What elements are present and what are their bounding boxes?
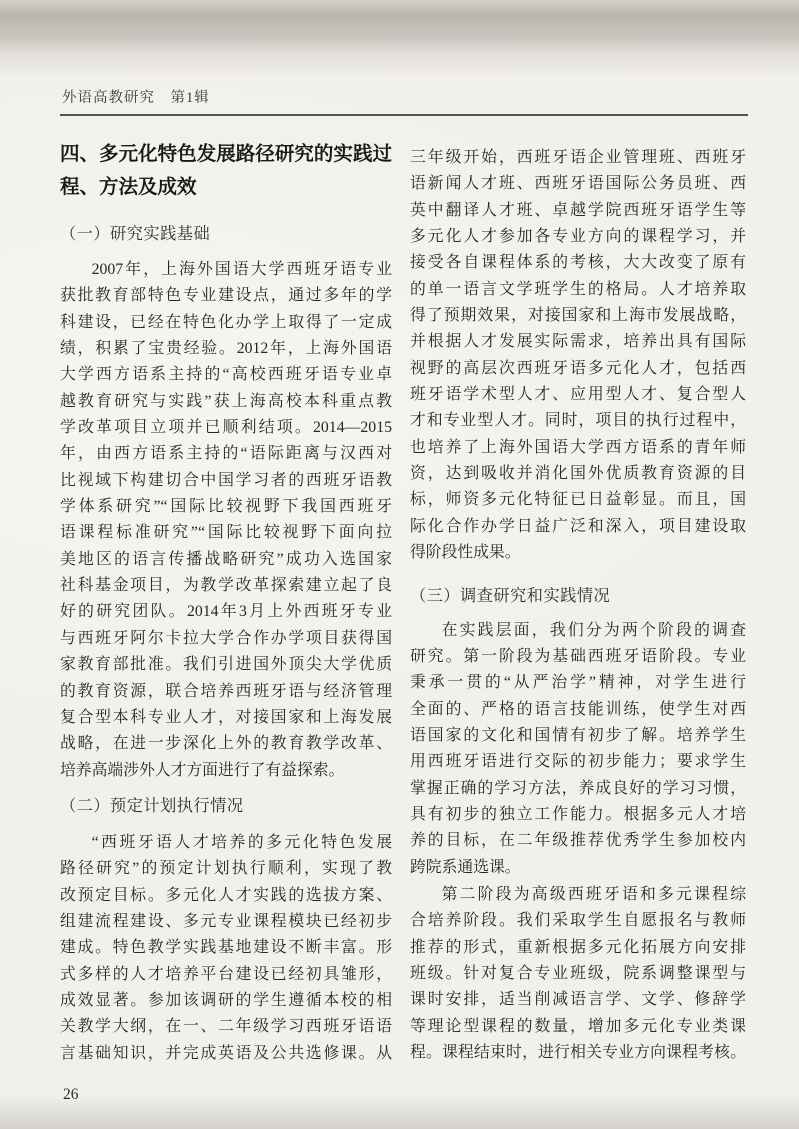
- text-line: 战略，在进一步深化上外的教育教学改革、: [60, 731, 392, 757]
- paragraph: “西班牙语人才培养的多元化特色发展路径研究”的预定计划执行顺利，实现了教改预定目…: [60, 830, 392, 1067]
- text-line: 接受各自课程体系的考核，大大改变了原有: [410, 250, 746, 276]
- text-line: 全面的、严格的语言技能训练，使学生对西: [410, 697, 746, 723]
- header-rule: [60, 114, 748, 116]
- text-line: 言基础知识，并完成英语及公共选修课。从: [60, 1041, 392, 1067]
- text-line: 资，达到吸收并消化国外优质教育资源的目: [410, 461, 746, 487]
- text-line: 复合型本科专业人才，对接国家和上海发展: [60, 705, 392, 731]
- text-line: 家教育部批准。我们引进国外顶尖大学优质: [60, 652, 392, 678]
- text-line: 绩，积累了宝贵经验。2012年，上海外国语: [60, 336, 392, 362]
- text-line: 科建设，已经在特色化办学上取得了一定成: [60, 310, 392, 336]
- text-line: 程。课程结束时，进行相关专业方向课程考核。: [410, 1040, 746, 1066]
- text-line: 并根据人才发展实际需求，培养出具有国际: [410, 329, 746, 355]
- text-line: 用西班牙语进行交际的初步能力；要求学生: [410, 749, 746, 775]
- subsection-heading-3: （三）调查研究和实践情况: [410, 583, 746, 610]
- text-line: 的单一语言文学班学生的格局。人才培养取: [410, 277, 746, 303]
- text-line: 培养高端涉外人才方面进行了有益探索。: [60, 758, 392, 784]
- text-line: 社科基金项目，为教学改革探索建立起了良: [60, 573, 392, 599]
- text-line: 建成。特色教学实践基地建设不断丰富。形: [60, 935, 392, 961]
- subsection-heading-1: （一）研究实践基础: [60, 221, 392, 248]
- text-line: 多元化人才参加各专业方向的课程学习，并: [410, 224, 746, 250]
- text-line: 成效显著。参加该调研的学生遵循本校的相: [60, 988, 392, 1014]
- text-line: 语新闻人才班、西班牙语国际公务员班、西: [410, 171, 746, 197]
- text-line: 路径研究”的预定计划执行顺利，实现了教: [60, 856, 392, 882]
- paragraph: 第二阶段为高级西班牙语和多元课程综合培养阶段。我们采取学生自愿报名与教师推荐的形…: [410, 882, 746, 1066]
- text-line: 年，由西方语系主持的“语际距离与汉西对: [60, 441, 392, 467]
- text-line: 得阶段性成果。: [410, 540, 746, 566]
- scanned-book-page: 外语高教研究 第1辑 四、多元化特色发展路径研究的实践过程、方法及成效 （一）研…: [0, 0, 799, 1129]
- text-line: 养的目标，在二年级推荐优秀学生参加校内: [410, 828, 746, 854]
- text-line: 研究。第一阶段为基础西班牙语阶段。专业: [410, 644, 746, 670]
- text-line: 也培养了上海外国语大学西方语系的青年师: [410, 435, 746, 461]
- text-line: 三年级开始，西班牙语企业管理班、西班牙: [410, 145, 746, 171]
- text-line: 等理论型课程的数量，增加多元化专业类课: [410, 1014, 746, 1040]
- running-head: 外语高教研究 第1辑: [62, 86, 210, 107]
- text-line: 班级。针对复合专业班级，院系调整课型与: [410, 961, 746, 987]
- text-line: 合培养阶段。我们采取学生自愿报名与教师: [410, 908, 746, 934]
- text-line: 改预定目标。多元化人才实践的选拔方案、: [60, 883, 392, 909]
- text-line: 跨院系通选课。: [410, 855, 746, 881]
- text-line: 的教育资源，联合培养西班牙语与经济管理: [60, 679, 392, 705]
- text-line: 在实践层面，我们分为两个阶段的调查: [410, 618, 746, 644]
- text-line: 语课程标准研究”“国际比较视野下面向拉: [60, 520, 392, 546]
- paragraph: 在实践层面，我们分为两个阶段的调查研究。第一阶段为基础西班牙语阶段。专业秉承一贯…: [410, 618, 746, 881]
- text-line: 才和专业型人才。同时，项目的执行过程中，: [410, 408, 746, 434]
- text-line: 比视域下构建切合中国学习者的西班牙语教: [60, 468, 392, 494]
- text-line: 学改革项目立项并已顺利结项。2014—2015: [60, 415, 392, 441]
- paragraph: 三年级开始，西班牙语企业管理班、西班牙语新闻人才班、西班牙语国际公务员班、西英中…: [410, 145, 746, 567]
- text-line: 班牙语学术型人才、应用型人才、复合型人: [410, 382, 746, 408]
- text-line: 学体系研究”“国际比较视野下我国西班牙: [60, 494, 392, 520]
- text-line: 获批教育部特色专业建设点，通过多年的学: [60, 283, 392, 309]
- text-line: 美地区的语言传播战略研究”成功入选国家: [60, 547, 392, 573]
- text-line: 具有初步的独立工作能力。根据多元人才培: [410, 802, 746, 828]
- text-line: 英中翻译人才班、卓越学院西班牙语学生等: [410, 198, 746, 224]
- text-line: 程、方法及成效: [60, 171, 392, 204]
- text-line: 组建流程建设、多元专业课程模块已经初步: [60, 909, 392, 935]
- text-line: “西班牙语人才培养的多元化特色发展: [60, 830, 392, 856]
- page-number: 26: [63, 1086, 79, 1104]
- text-line: 关教学大纲，在一、二年级学习西班牙语语: [60, 1014, 392, 1040]
- section-title: 四、多元化特色发展路径研究的实践过程、方法及成效: [60, 138, 392, 204]
- text-line: 越教育研究与实践”获上海高校本科重点教: [60, 389, 392, 415]
- text-line: 与西班牙阿尔卡拉大学合作办学项目获得国: [60, 626, 392, 652]
- text-line: 得了预期效果，对接国家和上海市发展战略，: [410, 303, 746, 329]
- text-line: 推荐的形式，重新根据多元化拓展方向安排: [410, 935, 746, 961]
- text-line: 大学西方语系主持的“高校西班牙语专业卓: [60, 362, 392, 388]
- paragraph: 2007年，上海外国语大学西班牙语专业获批教育部特色专业建设点，通过多年的学科建…: [60, 257, 392, 784]
- text-line: 际化合作办学日益广泛和深入，项目建设取: [410, 514, 746, 540]
- subsection-heading-2: （二）预定计划执行情况: [60, 793, 392, 820]
- right-column: 三年级开始，西班牙语企业管理班、西班牙语新闻人才班、西班牙语国际公务员班、西英中…: [410, 138, 746, 1066]
- text-line: 语国家的文化和国情有初步了解。培养学生: [410, 723, 746, 749]
- text-line: 课时安排，适当削减语言学、文学、修辞学: [410, 987, 746, 1013]
- text-line: 好的研究团队。2014年3月上外西班牙专业: [60, 599, 392, 625]
- text-line: 第二阶段为高级西班牙语和多元课程综: [410, 882, 746, 908]
- text-line: 秉承一贯的“从严治学”精神，对学生进行: [410, 670, 746, 696]
- left-column: 四、多元化特色发展路径研究的实践过程、方法及成效 （一）研究实践基础 2007年…: [60, 138, 392, 1067]
- text-line: 式多样的人才培养平台建设已经初具雏形，: [60, 962, 392, 988]
- text-line: 视野的高层次西班牙语多元化人才，包括西: [410, 356, 746, 382]
- text-line: 2007年，上海外国语大学西班牙语专业: [60, 257, 392, 283]
- text-line: 四、多元化特色发展路径研究的实践过: [60, 138, 392, 171]
- text-line: 掌握正确的学习方法，养成良好的学习习惯，: [410, 776, 746, 802]
- text-line: 标，师资多元化特征已日益彰显。而且，国: [410, 487, 746, 513]
